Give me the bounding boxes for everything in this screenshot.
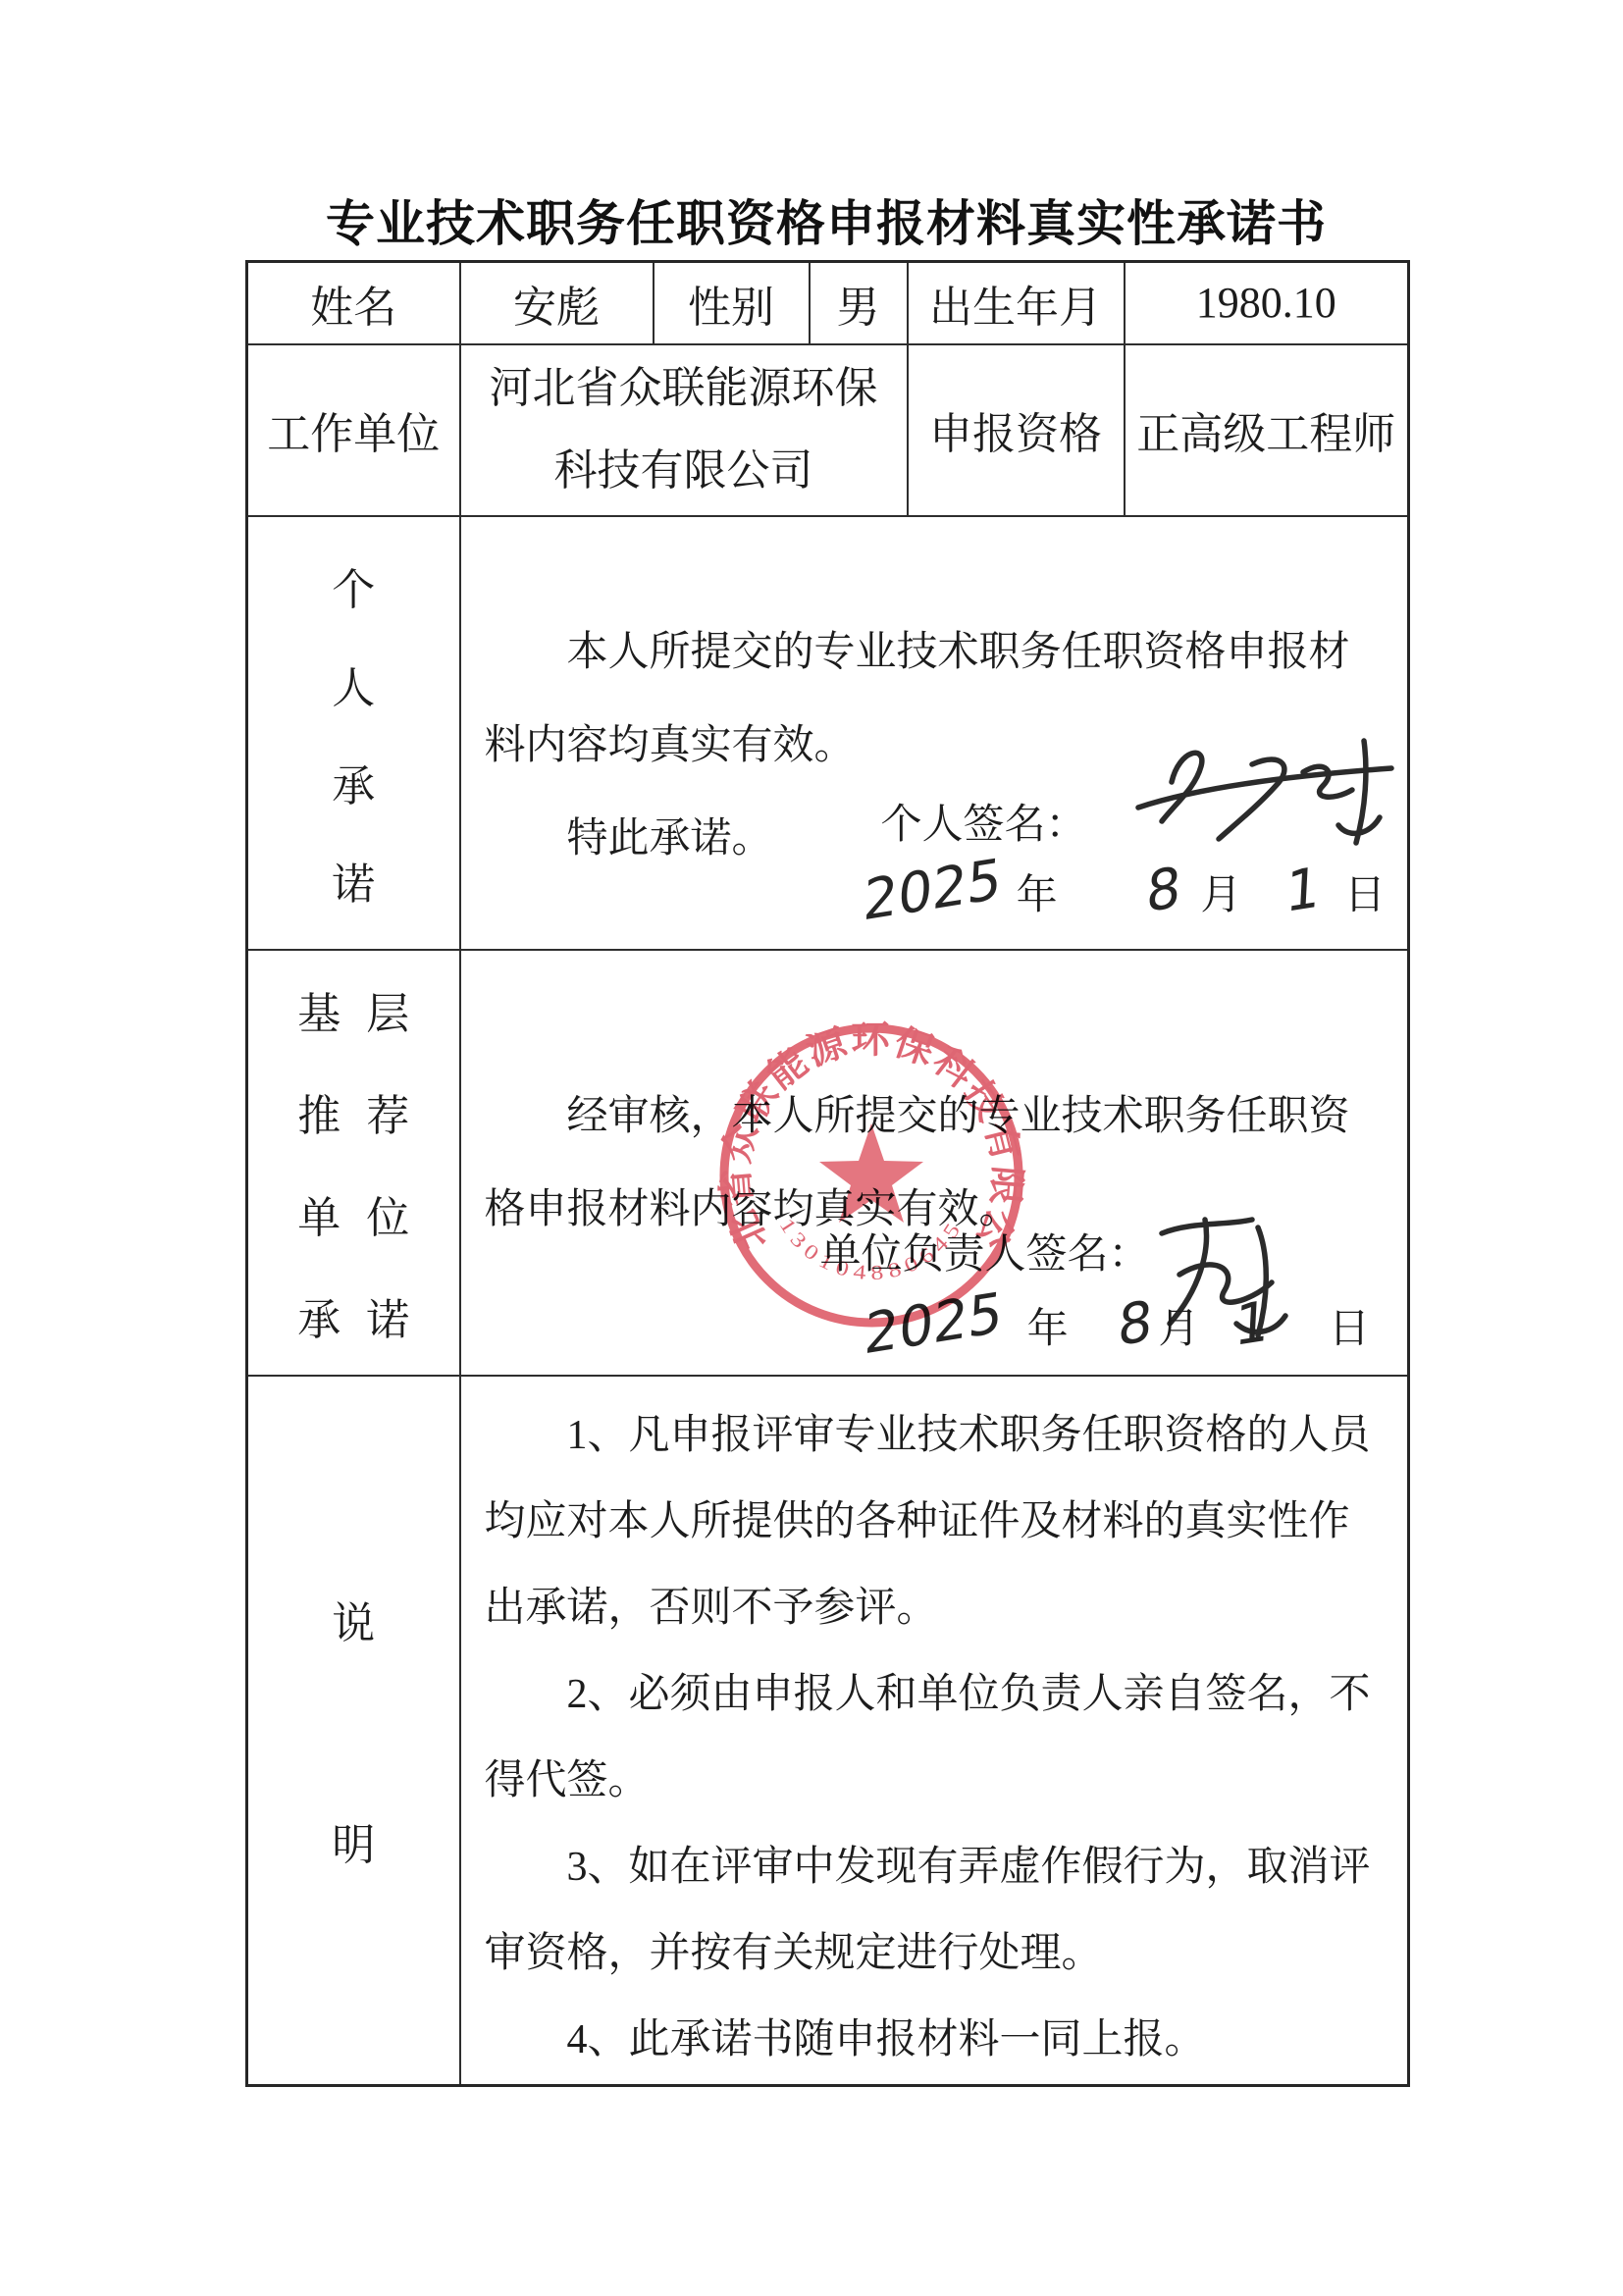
personal-commitment-heading: 个 人 承 诺 — [247, 516, 460, 950]
personal-date-line: 2025 年 8 月 1 日 — [863, 862, 1386, 921]
note-item: 1、凡申报评审专业技术职务任职资格的人员 均应对本人所提供的各种证件及材料的真实… — [461, 1392, 1408, 1651]
personal-signature-line: 个人签名： — [881, 792, 1087, 851]
name-label: 姓名 — [247, 262, 460, 344]
personal-signature — [1128, 725, 1403, 862]
employer-row: 工作单位 河北省众联能源环保 科技有限公司 申报资格 正高级工程师 — [247, 344, 1409, 516]
notes-heading: 说 明 — [247, 1376, 460, 2086]
unit-commitment-row: 基层 推荐 单位 承诺 经审核，本人所提交的专业技术职务任职资 格申报材料内容均… — [247, 950, 1409, 1376]
qualification-value: 正高级工程师 — [1125, 344, 1409, 516]
personal-signature-label: 个人签名： — [881, 803, 1087, 848]
month-unit: 月 — [1158, 1296, 1199, 1355]
note-item: 2、必须由申报人和单位负责人亲自签名，不 得代签。 — [461, 1651, 1408, 1824]
label-char: 明 — [332, 1809, 375, 1872]
handwritten-month: 8 — [1116, 1293, 1153, 1355]
unit-commitment-heading: 基层 推荐 单位 承诺 — [247, 950, 460, 1376]
unit-signature-line: 单位负责人签名： — [820, 1222, 1150, 1280]
notes-content: 1、凡申报评审专业技术职务任职资格的人员 均应对本人所提供的各种证件及材料的真实… — [460, 1376, 1409, 2086]
birth-date-label: 出生年月 — [908, 262, 1125, 344]
label-char: 人 — [332, 652, 375, 715]
notes-row: 说 明 1、凡申报评审专业技术职务任职资格的人员 均应对本人所提供的各种证件及材… — [247, 1376, 1409, 2086]
vertical-label: 基层 推荐 单位 承诺 — [248, 978, 459, 1347]
basic-info-row: 姓名 安彪 性别 男 出生年月 1980.10 — [247, 262, 1409, 344]
year-unit: 年 — [1017, 862, 1058, 921]
unit-date-line: 2025 年 8 月 1 日 — [864, 1296, 1370, 1355]
label-pair: 承诺 — [272, 1284, 435, 1347]
label-char: 承 — [332, 751, 375, 813]
commitment-table: 姓名 安彪 性别 男 出生年月 1980.10 工作单位 河北省众联能源环保 科… — [245, 260, 1410, 2087]
name-value: 安彪 — [460, 262, 654, 344]
month-unit: 月 — [1200, 862, 1241, 921]
personal-commitment-row: 个 人 承 诺 本人所提交的专业技术职务任职资格申报材 料内容均真实有效。 特此… — [247, 516, 1409, 950]
label-char: 说 — [332, 1588, 375, 1650]
label-pair: 单位 — [272, 1182, 435, 1245]
birth-date-value: 1980.10 — [1125, 262, 1409, 344]
handwritten-month: 8 — [1144, 860, 1181, 921]
label-pair: 推荐 — [272, 1080, 435, 1143]
day-unit: 日 — [1329, 1296, 1370, 1355]
handwritten-day: 1 — [1284, 860, 1322, 921]
employer-label: 工作单位 — [247, 344, 460, 516]
handwritten-year: 2025 — [863, 852, 1004, 929]
label-char: 诺 — [332, 849, 375, 912]
scanned-commitment-document: 专业技术职务任职资格申报材料真实性承诺书 姓名 安彪 性别 男 出生年月 198… — [0, 0, 1623, 2296]
day-unit: 日 — [1344, 862, 1386, 921]
employer-value: 河北省众联能源环保 科技有限公司 — [460, 344, 908, 516]
vertical-label: 说 明 — [248, 1588, 459, 1872]
page-title: 专业技术职务任职资格申报材料真实性承诺书 — [245, 184, 1407, 255]
label-pair: 基层 — [272, 978, 435, 1041]
note-item: 4、此承诺书随申报材料一同上报。 — [461, 1997, 1408, 2083]
gender-value: 男 — [810, 262, 908, 344]
handwritten-day: 1 — [1233, 1293, 1271, 1355]
note-item: 3、如在评审中发现有弄虚作假行为，取消评 审资格，并按有关规定进行处理。 — [461, 1824, 1408, 1997]
handwritten-year: 2025 — [864, 1285, 1005, 1363]
personal-commitment-content: 本人所提交的专业技术职务任职资格申报材 料内容均真实有效。 特此承诺。 个人签名… — [460, 516, 1409, 950]
gender-label: 性别 — [654, 262, 810, 344]
label-char: 个 — [332, 554, 375, 617]
vertical-label: 个 人 承 诺 — [248, 554, 459, 912]
qualification-label: 申报资格 — [908, 344, 1125, 516]
unit-signature-label: 单位负责人签名： — [820, 1232, 1150, 1278]
unit-commitment-content: 经审核，本人所提交的专业技术职务任职资 格申报材料内容均真实有效。 单位负责人签… — [460, 950, 1409, 1376]
year-unit: 年 — [1027, 1296, 1069, 1355]
